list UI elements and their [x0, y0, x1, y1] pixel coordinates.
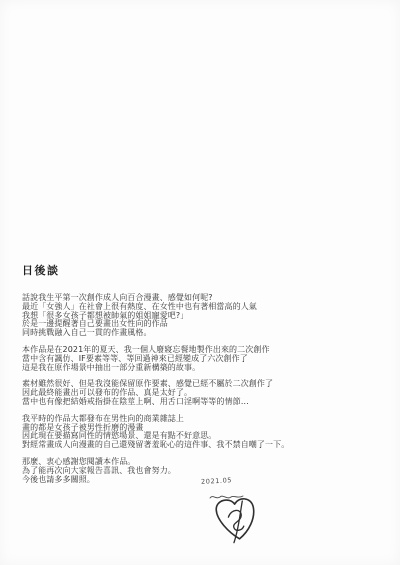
text-line: 對經常畫成人向漫畫的自己還殘留著羞恥心的這件事、我不禁自嘲了一下。	[22, 441, 374, 450]
paragraph: 那麼、衷心感謝您閱讀本作品。 為了能再次向大家報告喜訊、我也會努力。 今後也請多…	[22, 458, 374, 484]
paragraph: 素材雖然很好、但是我沒能保留原作要素、感覺已經不屬於二次創作了 因此最終能畫出可…	[22, 380, 374, 406]
page-title: 日後談	[22, 262, 374, 278]
paragraph: 話說我生平第一次創作成人向百合漫畫、感覺如何呢? 最近「女強人」在社會上很有熱度…	[22, 294, 374, 338]
text-line: 當中也有像把結婚戒指掛在陰莖上啊、用舌口淫啊等等的情節…	[22, 398, 374, 407]
text-line: 同時挑戰融入自己一貫的作畫風格。	[22, 329, 374, 338]
date-stamp: 2021.05	[201, 476, 232, 486]
afterword-text-block: 日後談 話說我生平第一次創作成人向百合漫畫、感覺如何呢? 最近「女強人」在社會上…	[22, 262, 374, 492]
text-line: 今後也請多多關照。	[22, 476, 374, 485]
text-line: 這是我在原作場景中抽出一部分重新構築的故事。	[22, 364, 374, 373]
afterword-page: 日後談 話說我生平第一次創作成人向百合漫畫、感覺如何呢? 最近「女強人」在社會上…	[0, 0, 400, 565]
heart-signature-icon	[211, 493, 263, 553]
paragraph: 本作品是在2021年的夏天、我一個人廢寢忘餐地製作出來的二次創作 當中含有諷仿、…	[22, 346, 374, 372]
paragraph: 我平時的作品大都發布在男性向的商業雜誌上 畫的都是女孩子被男性折磨的漫畫 因此現…	[22, 415, 374, 450]
